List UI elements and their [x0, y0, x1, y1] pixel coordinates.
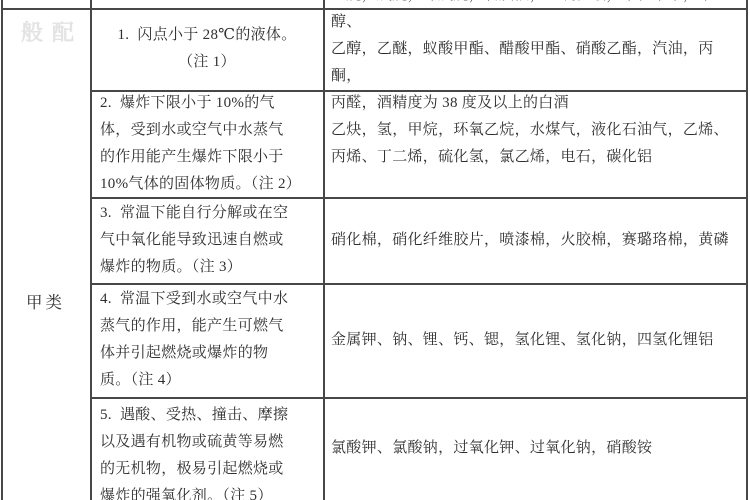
- criteria-cell-4: 4. 常温下受到水或空气中水 蒸气的作用，能产生可燃气 体并引起燃烧或爆炸的物 …: [100, 283, 316, 397]
- criteria-cell-3: 3. 常温下能自行分解或在空 气中氧化能导致迅速自燃或 爆炸的物质。（注 3）: [100, 197, 316, 283]
- examples-cell-5: 氯酸钾、氯酸钠，过氧化钾、过氧化钠，硝酸铵: [331, 397, 743, 500]
- fire-hazard-classification-table-image: 般配 甲类 1. 闪点小于 28℃的液体。 （注 1） 2. 爆炸下限小于 10…: [0, 0, 750, 500]
- category-cell-class-a: 甲类: [1, 289, 90, 313]
- examples-cell-2: 乙炔，氢，甲烷，环氧乙烷，水煤气，液化石油气，乙烯、 丙烯、丁二烯，硫化氢，氯乙…: [331, 90, 743, 197]
- criteria-cell-2: 2. 爆炸下限小于 10%的气 体，受到水或空气中水蒸气 的作用能产生爆炸下限小…: [100, 90, 316, 197]
- table-border-right: [746, 0, 748, 500]
- criteria-cell-5: 5. 遇酸、受热、撞击、摩擦 以及遇有机物或硫黄等易燃 的无机物，极易引起燃烧或…: [100, 397, 316, 500]
- criteria-cell-1: 1. 闪点小于 28℃的液体。 （注 1）: [92, 8, 322, 90]
- examples-cell-1: 己烷，戊烷，环戊烷，石脑油，二硫化碳，苯、甲苯，甲醇、 乙醇，乙醚，蚁酸甲酯、醋…: [331, 8, 743, 90]
- examples-cell-4: 金属钾、钠、锂、钙、锶，氢化锂、氢化钠，四氢化锂铝: [331, 283, 743, 397]
- table-border-left: [1, 0, 3, 500]
- site-watermark: 般配: [21, 16, 83, 47]
- table-divider-examples: [323, 0, 325, 500]
- examples-cell-3: 硝化棉，硝化纤维胶片，喷漆棉，火胶棉，赛璐珞棉，黄磷: [331, 197, 743, 283]
